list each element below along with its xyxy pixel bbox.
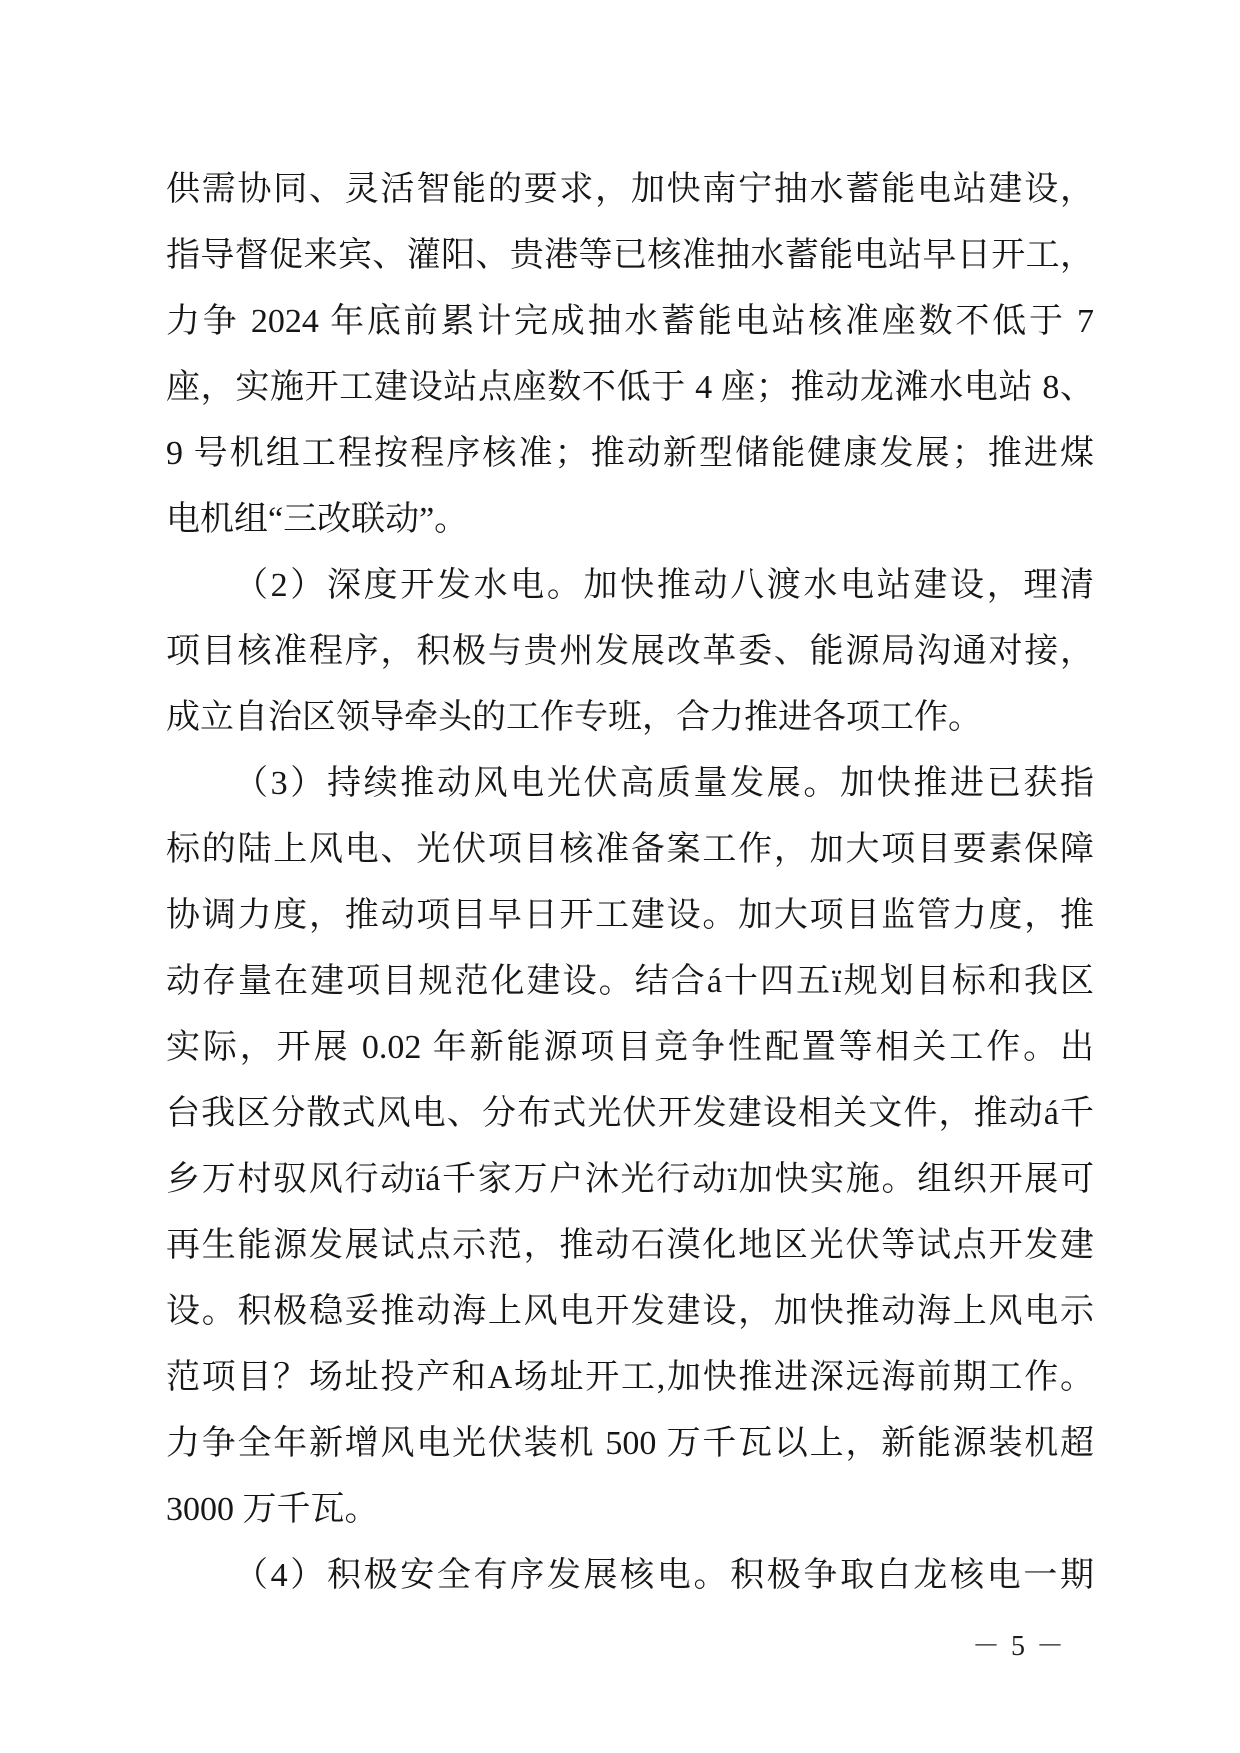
document-line: 9 号机组工程按程序核准；推动新型储能健康发展；推进煤 [166,421,1094,487]
document-line: 标的陆上风电、光伏项目核准备案工作，加大项目要素保障 [166,817,1094,883]
document-line: 成立自治区领导牵头的工作专班，合力推进各项工作。 [166,685,1094,751]
document-line: （2）深度开发水电。加快推动八渡水电站建设，理清 [166,553,1094,619]
document-body: 供需协同、灵活智能的要求，加快南宁抽水蓄能电站建设，指导督促来宾、灌阳、贵港等已… [166,157,1094,1609]
document-line: 设。积极稳妥推动海上风电开发建设，加快推动海上风电示 [166,1279,1094,1345]
document-line: 供需协同、灵活智能的要求，加快南宁抽水蓄能电站建设， [166,157,1094,223]
document-line: 再生能源发展试点示范，推动石漠化地区光伏等试点开发建 [166,1213,1094,1279]
document-line: 力争全年新增风电光伏装机 500 万千瓦以上，新能源装机超 [166,1411,1094,1477]
document-line: 3000 万千瓦。 [166,1477,1094,1543]
document-line: 力争 2024 年底前累计完成抽水蓄能电站核准座数不低于 7 [166,289,1094,355]
page-number: － 5 － [972,1630,1066,1664]
document-page: 供需协同、灵活智能的要求，加快南宁抽水蓄能电站建设，指导督促来宾、灌阳、贵港等已… [0,0,1240,1753]
document-line: 项目核准程序，积极与贵州发展改革委、能源局沟通对接， [166,619,1094,685]
document-line: 动存量在建项目规范化建设。结合á十四五ï规划目标和我区 [166,949,1094,1015]
document-line: 台我区分散式风电、分布式光伏开发建设相关文件，推动á千 [166,1081,1094,1147]
document-line: 实际，开展 0.02 年新能源项目竞争性配置等相关工作。出 [166,1015,1094,1081]
document-line: 电机组“三改联动”。 [166,487,1094,553]
document-line: （3）持续推动风电光伏高质量发展。加快推进已获指 [166,751,1094,817]
document-line: （4）积极安全有序发展核电。积极争取白龙核电一期 [166,1543,1094,1609]
document-line: 协调力度，推动项目早日开工建设。加大项目监管力度，推 [166,883,1094,949]
document-line: 乡万村驭风行动ïá千家万户沐光行动ï加快实施。组织开展可 [166,1147,1094,1213]
document-line: 范项目？场址投产和A场址开工,加快推进深远海前期工作。 [166,1345,1094,1411]
document-line: 指导督促来宾、灌阳、贵港等已核准抽水蓄能电站早日开工， [166,223,1094,289]
document-line: 座，实施开工建设站点座数不低于 4 座；推动龙滩水电站 8、 [166,355,1094,421]
